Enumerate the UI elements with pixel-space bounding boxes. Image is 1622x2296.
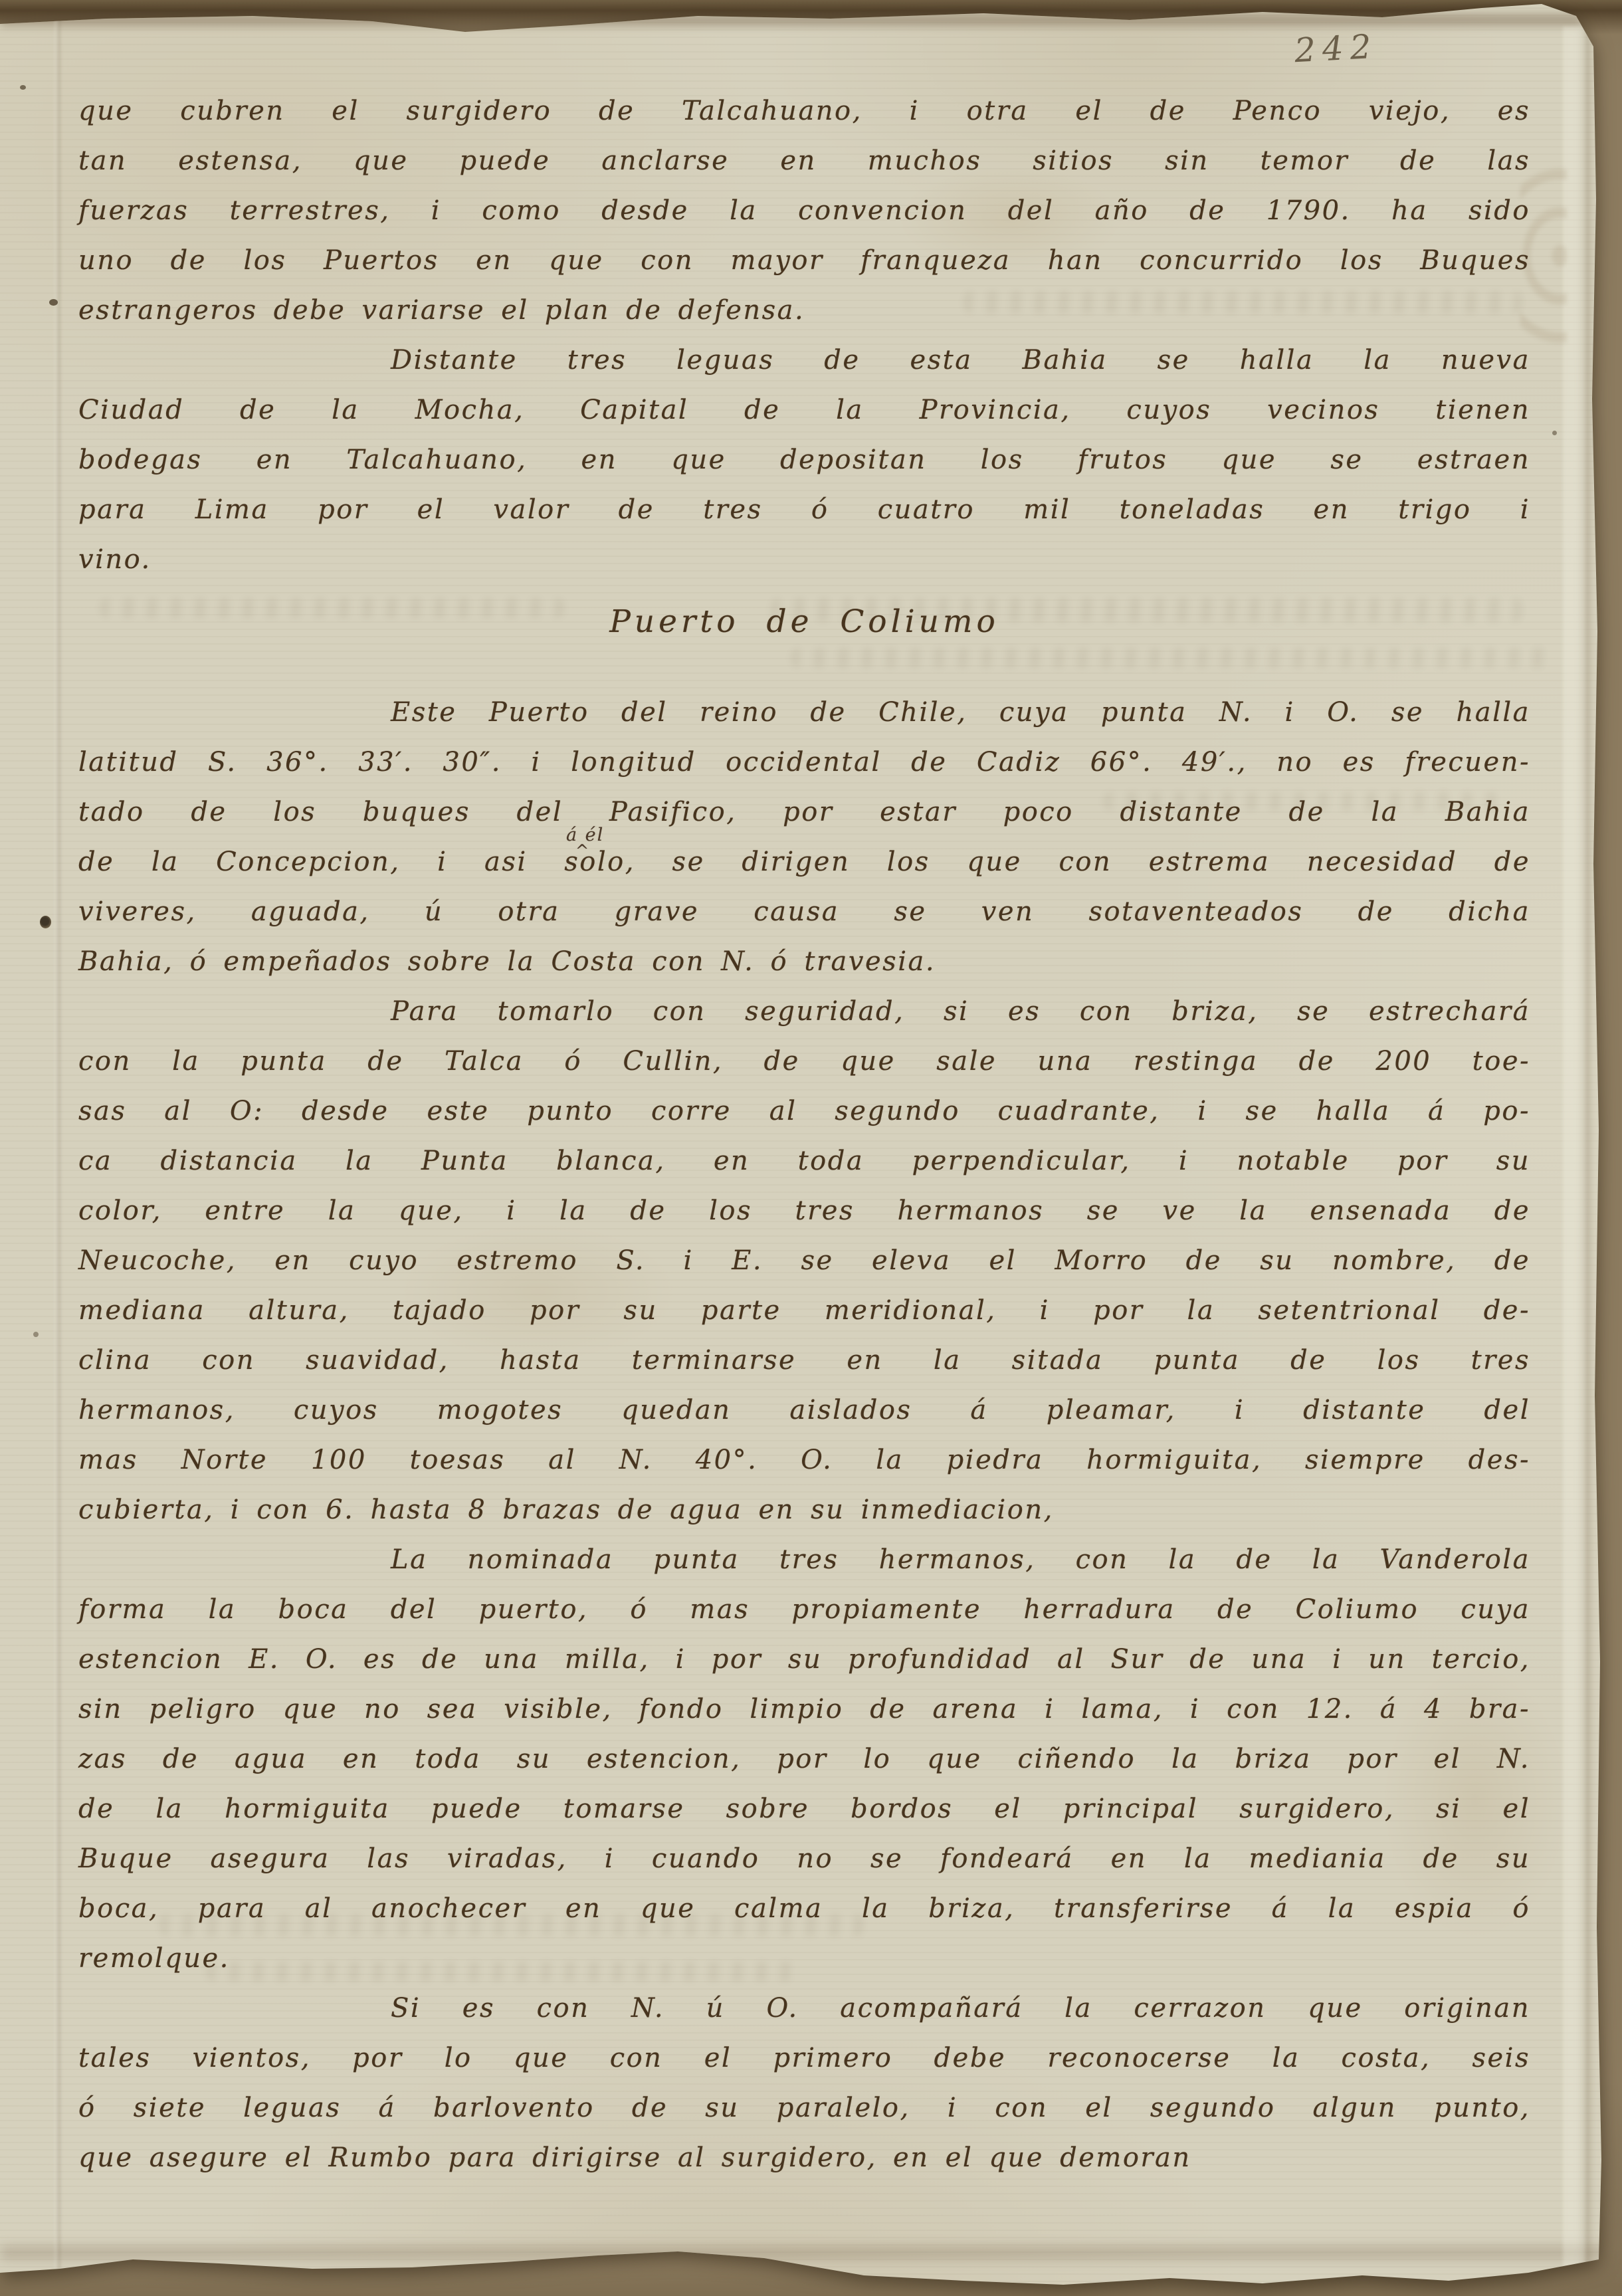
manuscript-line: bodegas en Talcahuano, en que depositan … bbox=[78, 435, 1530, 485]
manuscript-line: remolque. bbox=[78, 1934, 1530, 1984]
manuscript-sheet-wrapper: 242 que cubren el surgidero de Talcahuan… bbox=[0, 0, 1622, 2296]
manuscript-line: La nominada punta tres hermanos, con la … bbox=[78, 1535, 1530, 1585]
right-fold-highlight bbox=[1563, 27, 1585, 2273]
manuscript-line: Bahia, ó empeñados sobre la Costa con N.… bbox=[78, 937, 1530, 987]
manuscript-line: viveres, aguada, ú otra grave causa se v… bbox=[78, 887, 1530, 937]
manuscript-line: mas Norte 100 toesas al N. 40°. O. la pi… bbox=[78, 1435, 1530, 1485]
manuscript-line: estrangeros debe variarse el plan de def… bbox=[78, 286, 1530, 336]
paper-hole bbox=[40, 916, 51, 928]
manuscript-line: Ciudad de la Mocha, Capital de la Provin… bbox=[78, 385, 1530, 435]
manuscript-line: estencion E. O. es de una milla, i por s… bbox=[78, 1635, 1530, 1685]
interlinear-insertion: á él ^ bbox=[566, 827, 604, 857]
manuscript-line: Neucoche, en cuyo estremo S. i E. se ele… bbox=[78, 1236, 1530, 1286]
manuscript-line: para Lima por el valor de tres ó cuatro … bbox=[78, 485, 1530, 535]
manuscript-line: uno de los Puertos en que con mayor fran… bbox=[78, 236, 1530, 286]
top-edge-stain bbox=[0, 15, 1581, 25]
manuscript-line: ó siete leguas á barlovento de su parale… bbox=[78, 2083, 1530, 2133]
paper-speck bbox=[33, 1332, 39, 1337]
manuscript-line: vino. bbox=[78, 535, 1530, 585]
manuscript-line: tan estensa, que puede anclarse en mucho… bbox=[78, 136, 1530, 186]
section-heading: Puerto de Coliumo bbox=[78, 597, 1530, 647]
manuscript-line: Para tomarlo con seguridad, si es con br… bbox=[78, 987, 1530, 1037]
paper-speck bbox=[49, 299, 58, 306]
paper-speck bbox=[1552, 431, 1557, 435]
manuscript-line: clina con suavidad, hasta terminarse en … bbox=[78, 1336, 1530, 1386]
manuscript-line: Si es con N. ú O. acompañará la cerrazon… bbox=[78, 1984, 1530, 2034]
manuscript-line: Este Puerto del reino de Chile, cuya pun… bbox=[78, 688, 1530, 738]
manuscript-line: hermanos, cuyos mogotes quedan aislados … bbox=[78, 1386, 1530, 1435]
manuscript-line: Buque asegura las viradas, i cuando no s… bbox=[78, 1834, 1530, 1884]
manuscript-line: fuerzas terrestres, i como desde la conv… bbox=[78, 186, 1530, 236]
manuscript-line: ca distancia la Punta blanca, en toda pe… bbox=[78, 1136, 1530, 1186]
manuscript-page: 242 que cubren el surgidero de Talcahuan… bbox=[0, 0, 1622, 2296]
manuscript-line: que asegure el Rumbo para dirigirse al s… bbox=[78, 2133, 1530, 2183]
manuscript-line: zas de agua en toda su estencion, por lo… bbox=[78, 1734, 1530, 1784]
manuscript-line: tado de los buques del Pasifico, por est… bbox=[78, 787, 1530, 837]
manuscript-text: que cubren el surgidero de Talcahuano, i… bbox=[78, 86, 1530, 2183]
insertion-caret-mark: ^ bbox=[566, 844, 604, 857]
manuscript-line: color, entre la que, i la de los tres he… bbox=[78, 1186, 1530, 1236]
manuscript-line: sin peligro que no sea visible, fondo li… bbox=[78, 1685, 1530, 1734]
manuscript-line: Distante tres leguas de esta Bahia se ha… bbox=[78, 336, 1530, 385]
manuscript-line: con la punta de Talca ó Cullin, de que s… bbox=[78, 1037, 1530, 1087]
manuscript-line: tales vientos, por lo que con el primero… bbox=[78, 2034, 1530, 2083]
manuscript-line: boca, para al anochecer en que calma la … bbox=[78, 1884, 1530, 1934]
manuscript-line: cubierta, i con 6. hasta 8 brazas de agu… bbox=[78, 1485, 1530, 1535]
manuscript-line: mediana altura, tajado por su parte meri… bbox=[78, 1286, 1530, 1336]
manuscript-line: de la Concepcion, i asi solo, se dirigen… bbox=[78, 837, 1530, 887]
paper-speck bbox=[20, 85, 26, 90]
manuscript-line: forma la boca del puerto, ó mas propiame… bbox=[78, 1585, 1530, 1635]
manuscript-line: latitud S. 36°. 33′. 30″. i longitud occ… bbox=[78, 738, 1530, 787]
page-number: 242 bbox=[1294, 27, 1379, 70]
bottom-edge-stain bbox=[0, 2247, 1622, 2258]
manuscript-line: que cubren el surgidero de Talcahuano, i… bbox=[78, 86, 1530, 136]
left-binding-crease bbox=[54, 0, 60, 2296]
manuscript-line: sas al O: desde este punto corre al segu… bbox=[78, 1087, 1530, 1136]
manuscript-line: de la hormiguita puede tomarse sobre bor… bbox=[78, 1784, 1530, 1834]
